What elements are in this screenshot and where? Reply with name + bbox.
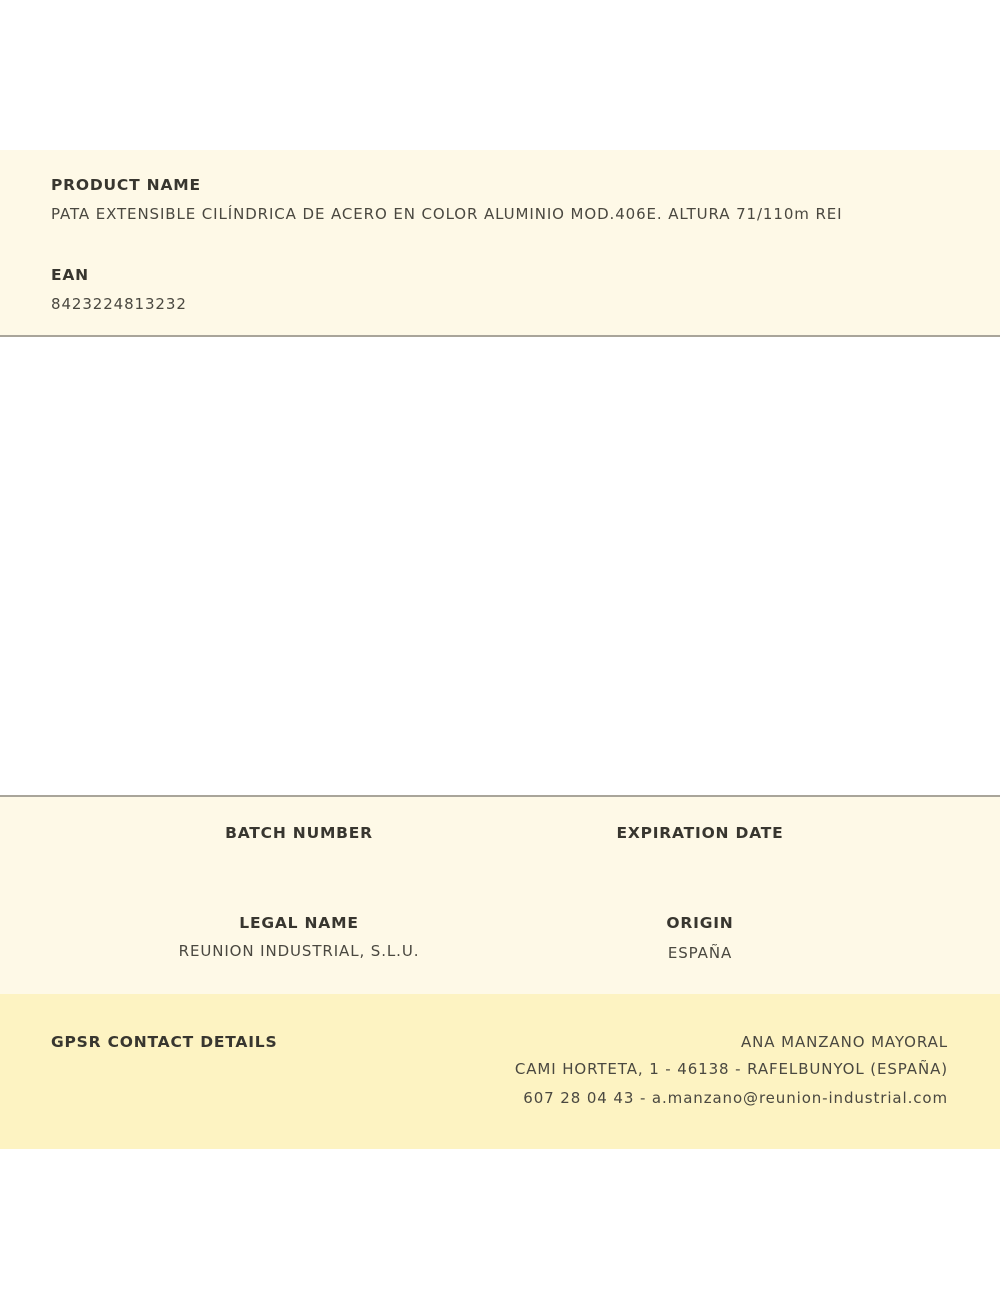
- legal-name-value: REUNION INDUSTRIAL, S.L.U.: [179, 942, 420, 960]
- origin-value: ESPAÑA: [668, 944, 732, 962]
- product-info-section: PRODUCT NAME PATA EXTENSIBLE CILÍNDRICA …: [0, 150, 1000, 337]
- ean-value: 8423224813232: [51, 295, 187, 313]
- gpsr-contact-section: GPSR CONTACT DETAILS ANA MANZANO MAYORAL…: [0, 994, 1000, 1149]
- gpsr-contact-label: GPSR CONTACT DETAILS: [51, 1033, 277, 1051]
- origin-label: ORIGIN: [666, 914, 733, 932]
- product-name-value: PATA EXTENSIBLE CILÍNDRICA DE ACERO EN C…: [51, 205, 842, 223]
- gpsr-contact-name: ANA MANZANO MAYORAL: [741, 1033, 948, 1051]
- product-name-label: PRODUCT NAME: [51, 176, 201, 194]
- legal-name-label: LEGAL NAME: [239, 914, 358, 932]
- ean-label: EAN: [51, 266, 89, 284]
- batch-number-label: BATCH NUMBER: [225, 824, 373, 842]
- product-details-section: BATCH NUMBER EXPIRATION DATE LEGAL NAME …: [0, 795, 1000, 996]
- gpsr-contact-address: CAMI HORTETA, 1 - 46138 - RAFELBUNYOL (E…: [515, 1060, 948, 1078]
- gpsr-contact-phone-email: 607 28 04 43 - a.manzano@reunion-industr…: [523, 1089, 948, 1107]
- expiration-date-label: EXPIRATION DATE: [616, 824, 783, 842]
